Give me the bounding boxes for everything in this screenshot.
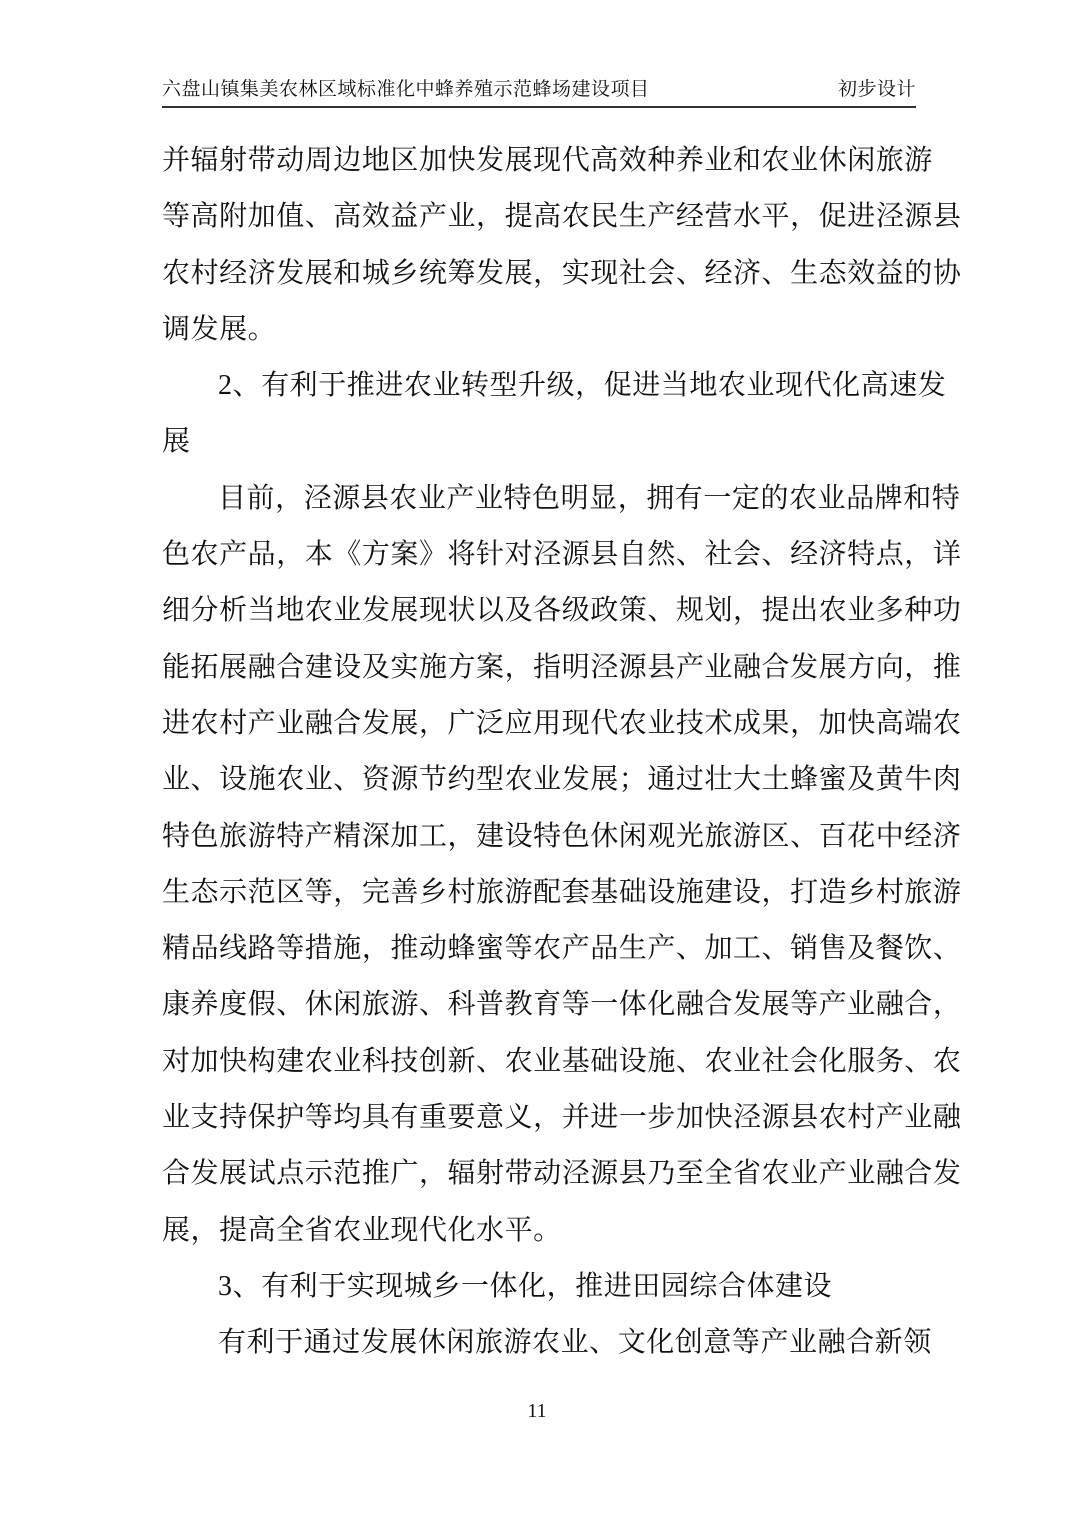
page-number: 11 — [527, 1400, 546, 1422]
body-text-line: 调发展。 — [162, 302, 937, 358]
body-text-line: 2、有利于推进农业转型升级，促进当地农业现代化高速发 — [162, 358, 937, 414]
body-text-line: 3、有利于实现城乡一体化，推进田园综合体建设 — [162, 1259, 937, 1315]
page-header: 六盘山镇集美农林区域标准化中蜂养殖示范蜂场建设项目 初步设计 — [162, 74, 916, 108]
body-text-line: 能拓展融合建设及实施方案，指明泾源县产业融合发展方向，推 — [162, 640, 937, 696]
body-text-line: 进农村产业融合发展，广泛应用现代农业技术成果，加快高端农 — [162, 696, 937, 752]
body-text-line: 精品线路等措施，推动蜂蜜等农产品生产、加工、销售及餐饮、 — [162, 921, 937, 977]
body-text-line: 业支持保护等均具有重要意义，并进一步加快泾源县农村产业融 — [162, 1090, 937, 1146]
header-project-title: 六盘山镇集美农林区域标准化中蜂养殖示范蜂场建设项目 — [162, 74, 650, 101]
body-text-line: 康养度假、休闲旅游、科普教育等一体化融合发展等产业融合， — [162, 977, 937, 1033]
body-text-line: 业、设施农业、资源节约型农业发展；通过壮大土蜂蜜及黄牛肉 — [162, 752, 937, 808]
body-text-line: 生态示范区等，完善乡村旅游配套基础设施建设，打造乡村旅游 — [162, 865, 937, 921]
body-text-line: 展，提高全省农业现代化水平。 — [162, 1203, 937, 1259]
header-doc-type: 初步设计 — [838, 74, 916, 101]
body-text-line: 展 — [162, 414, 937, 470]
body-text-line: 细分析当地农业发展现状以及各级政策、规划，提出农业多种功 — [162, 583, 937, 639]
page-footer: 11 — [0, 1400, 1074, 1423]
body-text-line: 对加快构建农业科技创新、农业基础设施、农业社会化服务、农 — [162, 1034, 937, 1090]
body-text-line: 特色旅游特产精深加工，建设特色休闲观光旅游区、百花中经济 — [162, 809, 937, 865]
body-text-line: 合发展试点示范推广，辐射带动泾源县乃至全省农业产业融合发 — [162, 1146, 937, 1202]
body-text-line: 色农产品，本《方案》将针对泾源县自然、社会、经济特点，详 — [162, 527, 937, 583]
body-text-line: 有利于通过发展休闲旅游农业、文化创意等产业融合新领 — [162, 1315, 937, 1371]
document-body: 并辐射带动周边地区加快发展现代高效种养业和农业休闲旅游等高附加值、高效益产业，提… — [162, 133, 937, 1372]
body-text-line: 并辐射带动周边地区加快发展现代高效种养业和农业休闲旅游 — [162, 133, 937, 189]
body-text-line: 农村经济发展和城乡统筹发展，实现社会、经济、生态效益的协 — [162, 246, 937, 302]
document-page: 六盘山镇集美农林区域标准化中蜂养殖示范蜂场建设项目 初步设计 并辐射带动周边地区… — [0, 0, 1074, 1520]
body-text-line: 等高附加值、高效益产业，提高农民生产经营水平，促进泾源县 — [162, 189, 937, 245]
body-text-line: 目前，泾源县农业产业特色明显，拥有一定的农业品牌和特 — [162, 471, 937, 527]
